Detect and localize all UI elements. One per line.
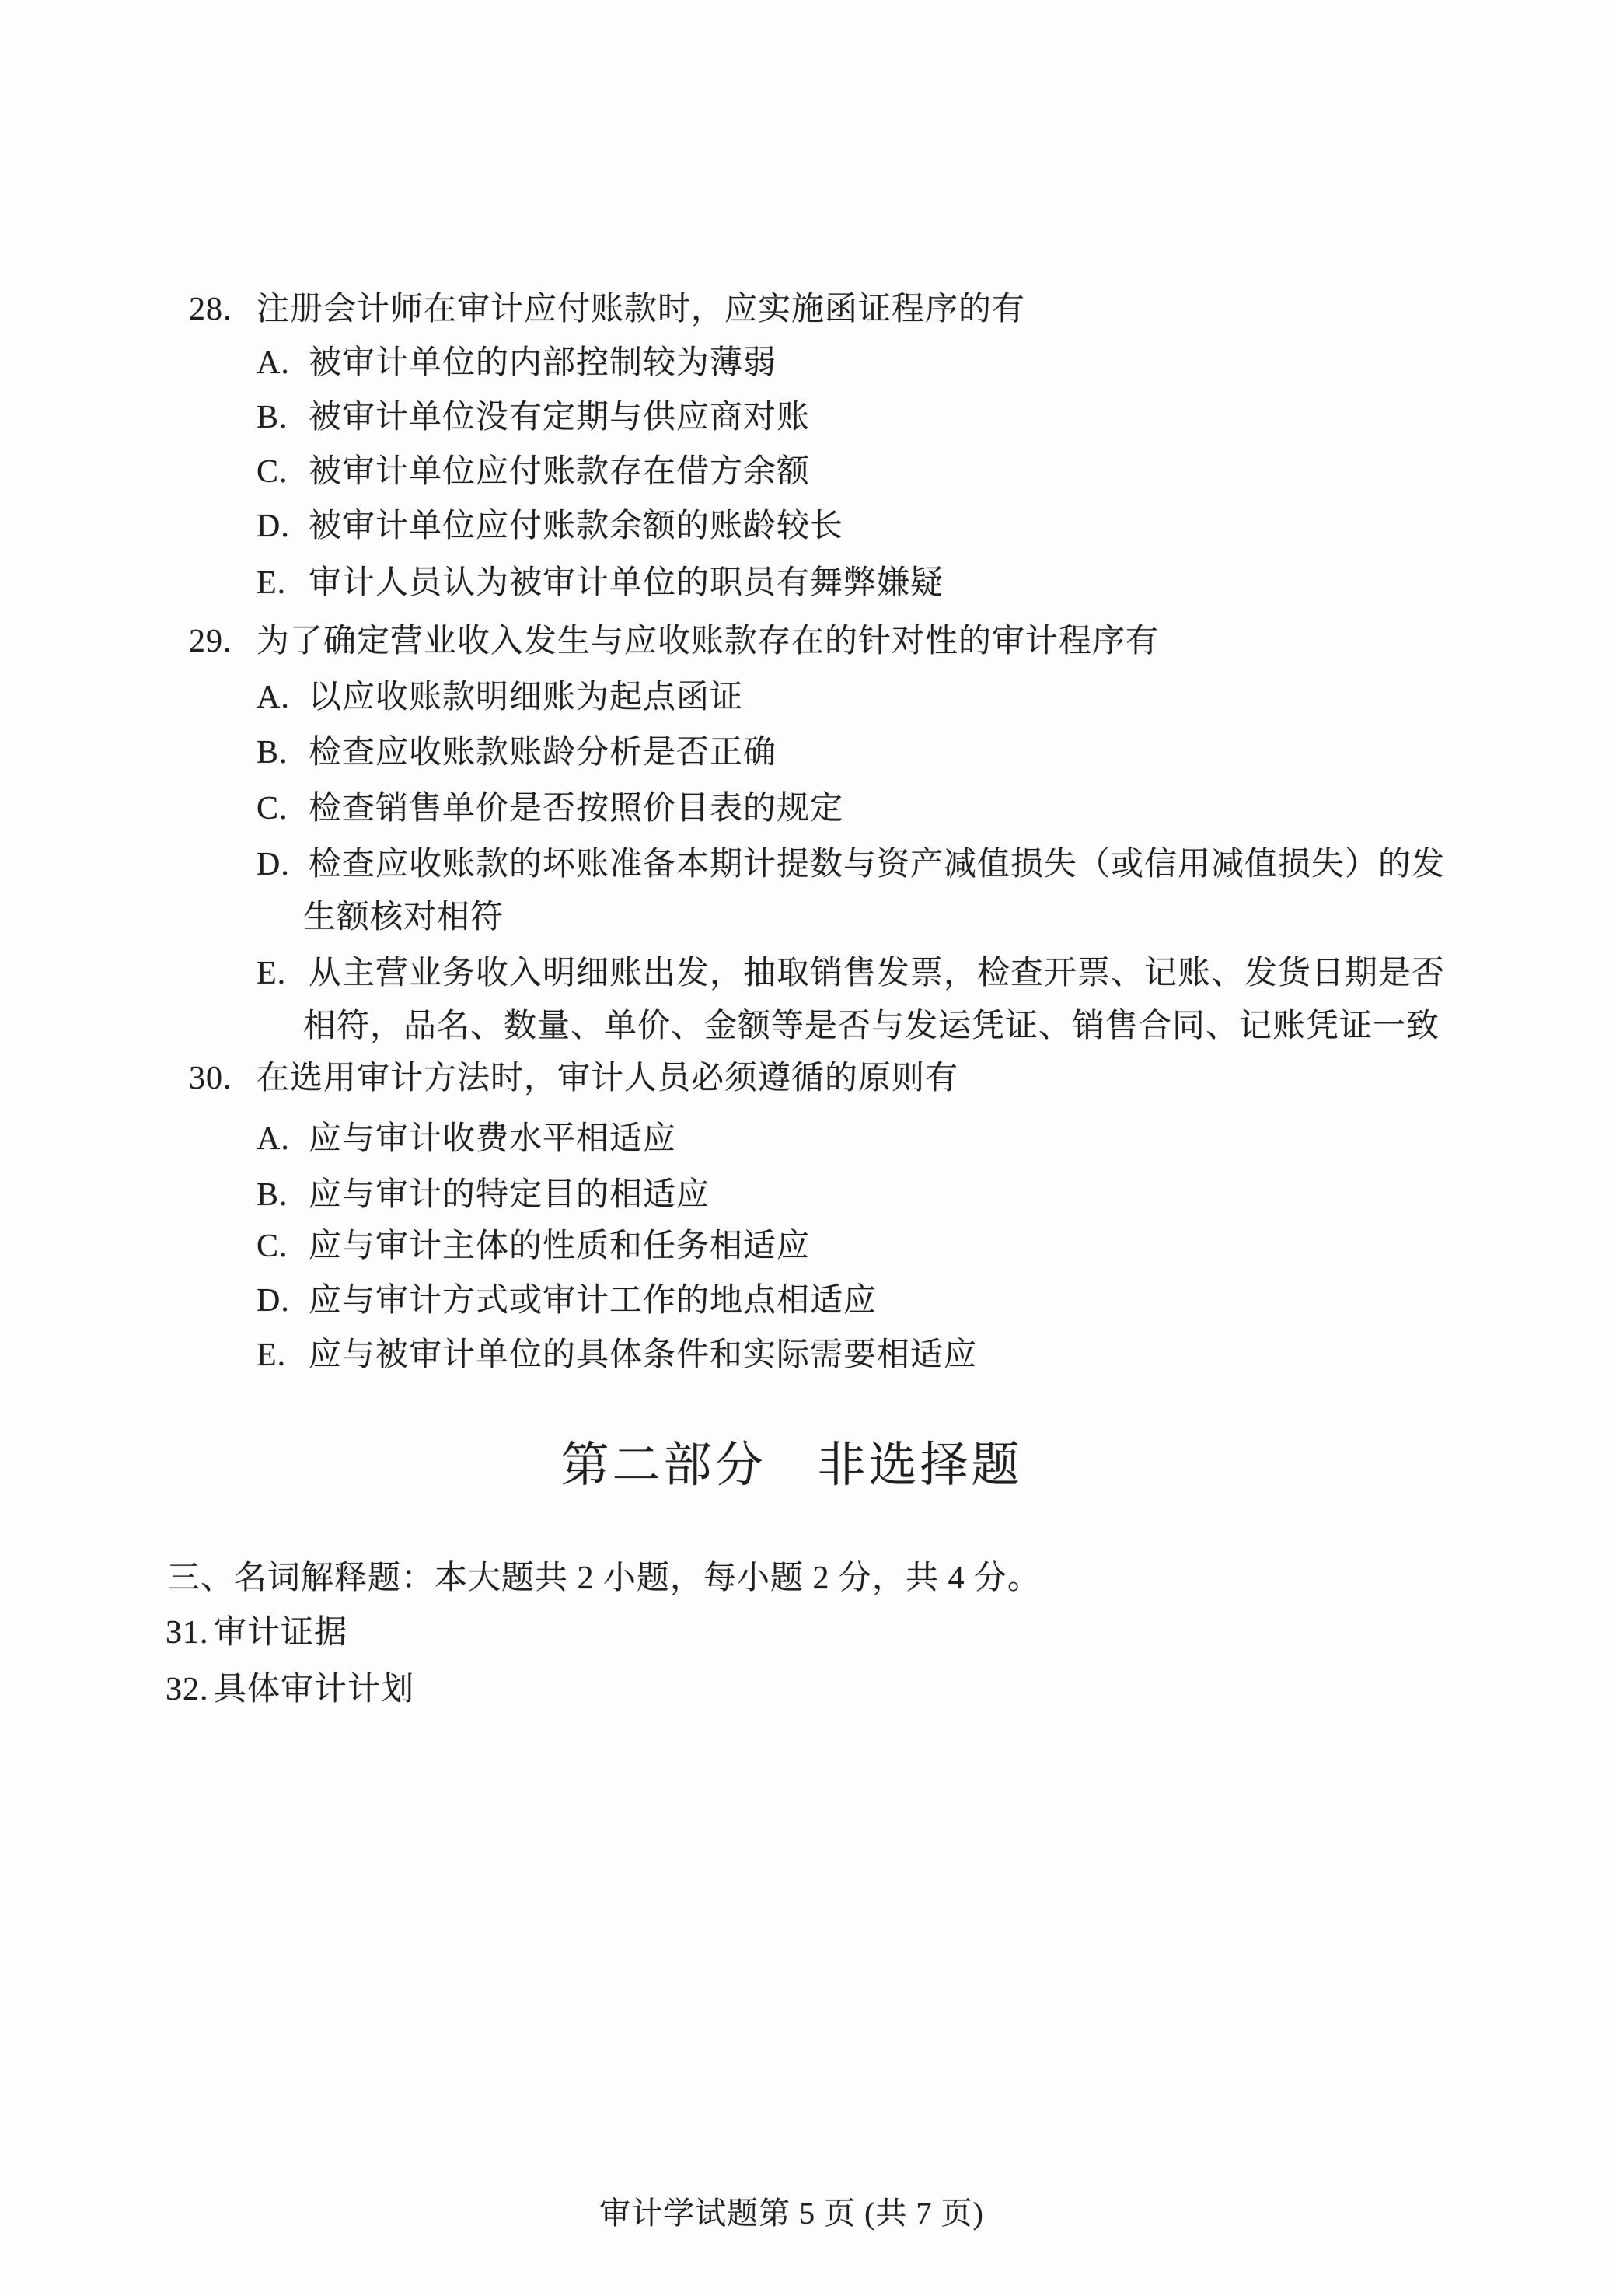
option-label: B. — [257, 1176, 309, 1214]
option-text: 应与审计收费水平相适应 — [309, 1121, 676, 1157]
question-29-option-b: B.检查应收账款账龄分析是否正确 — [257, 734, 777, 771]
option-text: 被审计单位应付账款余额的账龄较长 — [309, 508, 843, 544]
option-label: D. — [257, 1282, 309, 1319]
question-29-option-d: D.检查应收账款的坏账准备本期计提数与资产减值损失（或信用减值损失）的发 — [257, 846, 1445, 883]
page-footer: 审计学试题第 5 页 (共 7 页) — [0, 2196, 1600, 2231]
question-30-option-c: C.应与审计主体的性质和任务相适应 — [257, 1228, 810, 1265]
question-29-option-e: E.从主营业务收入明细账出发，抽取销售发票，检查开票、记账、发货日期是否 — [257, 955, 1445, 992]
part-two-header: 第二部分 非选择题 — [0, 1438, 1600, 1494]
question-30-stem: 在选用审计方法时，审计人员必须遵循的原则有 — [257, 1061, 958, 1096]
option-label: A. — [257, 1120, 309, 1158]
option-label: D. — [257, 508, 309, 545]
question-31-number: 31. — [166, 1614, 214, 1651]
question-29-number: 29. — [189, 623, 257, 660]
question-28-option-b: B.被审计单位没有定期与供应商对账 — [257, 399, 810, 436]
option-label: E. — [257, 955, 309, 992]
question-31-text: 审计证据 — [214, 1615, 347, 1651]
option-text-continuation: 相符，品名、数量、单价、金额等是否与发运凭证、销售合同、记账凭证一致 — [303, 1008, 1440, 1044]
option-text: 被审计单位应付账款存在借方余额 — [309, 454, 810, 490]
question-30: 30.在选用审计方法时，审计人员必须遵循的原则有 — [189, 1060, 958, 1097]
option-label: E. — [257, 564, 309, 602]
question-28-stem: 注册会计师在审计应付账款时，应实施函证程序的有 — [257, 292, 1025, 327]
option-text: 审计人员认为被审计单位的职员有舞弊嫌疑 — [309, 565, 944, 601]
question-32-number: 32. — [166, 1671, 214, 1708]
exam-page: 28.注册会计师在审计应付账款时，应实施函证程序的有 A.被审计单位的内部控制较… — [0, 0, 1616, 2296]
option-text: 应与审计方式或审计工作的地点相适应 — [309, 1283, 877, 1319]
option-text: 以应收账款明细账为起点函证 — [309, 680, 743, 715]
question-30-option-b: B.应与审计的特定目的相适应 — [257, 1176, 710, 1214]
definition-section-intro: 三、名词解释题：本大题共 2 小题，每小题 2 分，共 4 分。 — [167, 1560, 1041, 1597]
question-28-option-e: E.审计人员认为被审计单位的职员有舞弊嫌疑 — [257, 564, 944, 602]
question-29-option-d-continuation: 生额核对相符 — [303, 899, 504, 936]
option-text: 应与被审计单位的具体条件和实际需要相适应 — [309, 1337, 977, 1373]
option-label: A. — [257, 679, 309, 716]
question-29-option-c: C.检查销售单价是否按照价目表的规定 — [257, 790, 843, 827]
question-29-option-a: A.以应收账款明细账为起点函证 — [257, 679, 743, 716]
option-text: 应与审计主体的性质和任务相适应 — [309, 1228, 810, 1264]
option-text-continuation: 生额核对相符 — [303, 900, 504, 935]
question-32: 32.具体审计计划 — [166, 1671, 414, 1708]
option-label: C. — [257, 790, 309, 827]
question-30-option-a: A.应与审计收费水平相适应 — [257, 1120, 676, 1158]
question-29: 29.为了确定营业收入发生与应收账款存在的针对性的审计程序有 — [189, 623, 1159, 660]
question-28-option-a: A.被审计单位的内部控制较为薄弱 — [257, 344, 777, 382]
question-30-number: 30. — [189, 1060, 257, 1097]
option-text: 检查销售单价是否按照价目表的规定 — [309, 791, 843, 826]
option-label: C. — [257, 1228, 309, 1265]
question-30-option-e: E.应与被审计单位的具体条件和实际需要相适应 — [257, 1337, 977, 1374]
option-text: 被审计单位没有定期与供应商对账 — [309, 400, 810, 435]
question-28: 28.注册会计师在审计应付账款时，应实施函证程序的有 — [189, 291, 1025, 328]
question-29-stem: 为了确定营业收入发生与应收账款存在的针对性的审计程序有 — [257, 624, 1159, 659]
question-28-option-c: C.被审计单位应付账款存在借方余额 — [257, 453, 810, 491]
option-label: C. — [257, 453, 309, 491]
option-label: D. — [257, 846, 309, 883]
option-label: E. — [257, 1337, 309, 1374]
question-28-option-d: D.被审计单位应付账款余额的账龄较长 — [257, 508, 843, 545]
question-32-text: 具体审计计划 — [214, 1672, 414, 1707]
option-label: A. — [257, 344, 309, 382]
option-label: B. — [257, 734, 309, 771]
question-29-option-e-continuation: 相符，品名、数量、单价、金额等是否与发运凭证、销售合同、记账凭证一致 — [303, 1008, 1440, 1045]
question-31: 31.审计证据 — [166, 1614, 347, 1651]
option-text: 检查应收账款账龄分析是否正确 — [309, 735, 777, 771]
option-label: B. — [257, 399, 309, 436]
option-text: 应与审计的特定目的相适应 — [309, 1177, 710, 1213]
question-30-option-d: D.应与审计方式或审计工作的地点相适应 — [257, 1282, 877, 1319]
option-text: 从主营业务收入明细账出发，抽取销售发票，检查开票、记账、发货日期是否 — [309, 956, 1445, 991]
option-text: 被审计单位的内部控制较为薄弱 — [309, 345, 777, 381]
option-text: 检查应收账款的坏账准备本期计提数与资产减值损失（或信用减值损失）的发 — [309, 847, 1445, 882]
question-28-number: 28. — [189, 291, 257, 328]
